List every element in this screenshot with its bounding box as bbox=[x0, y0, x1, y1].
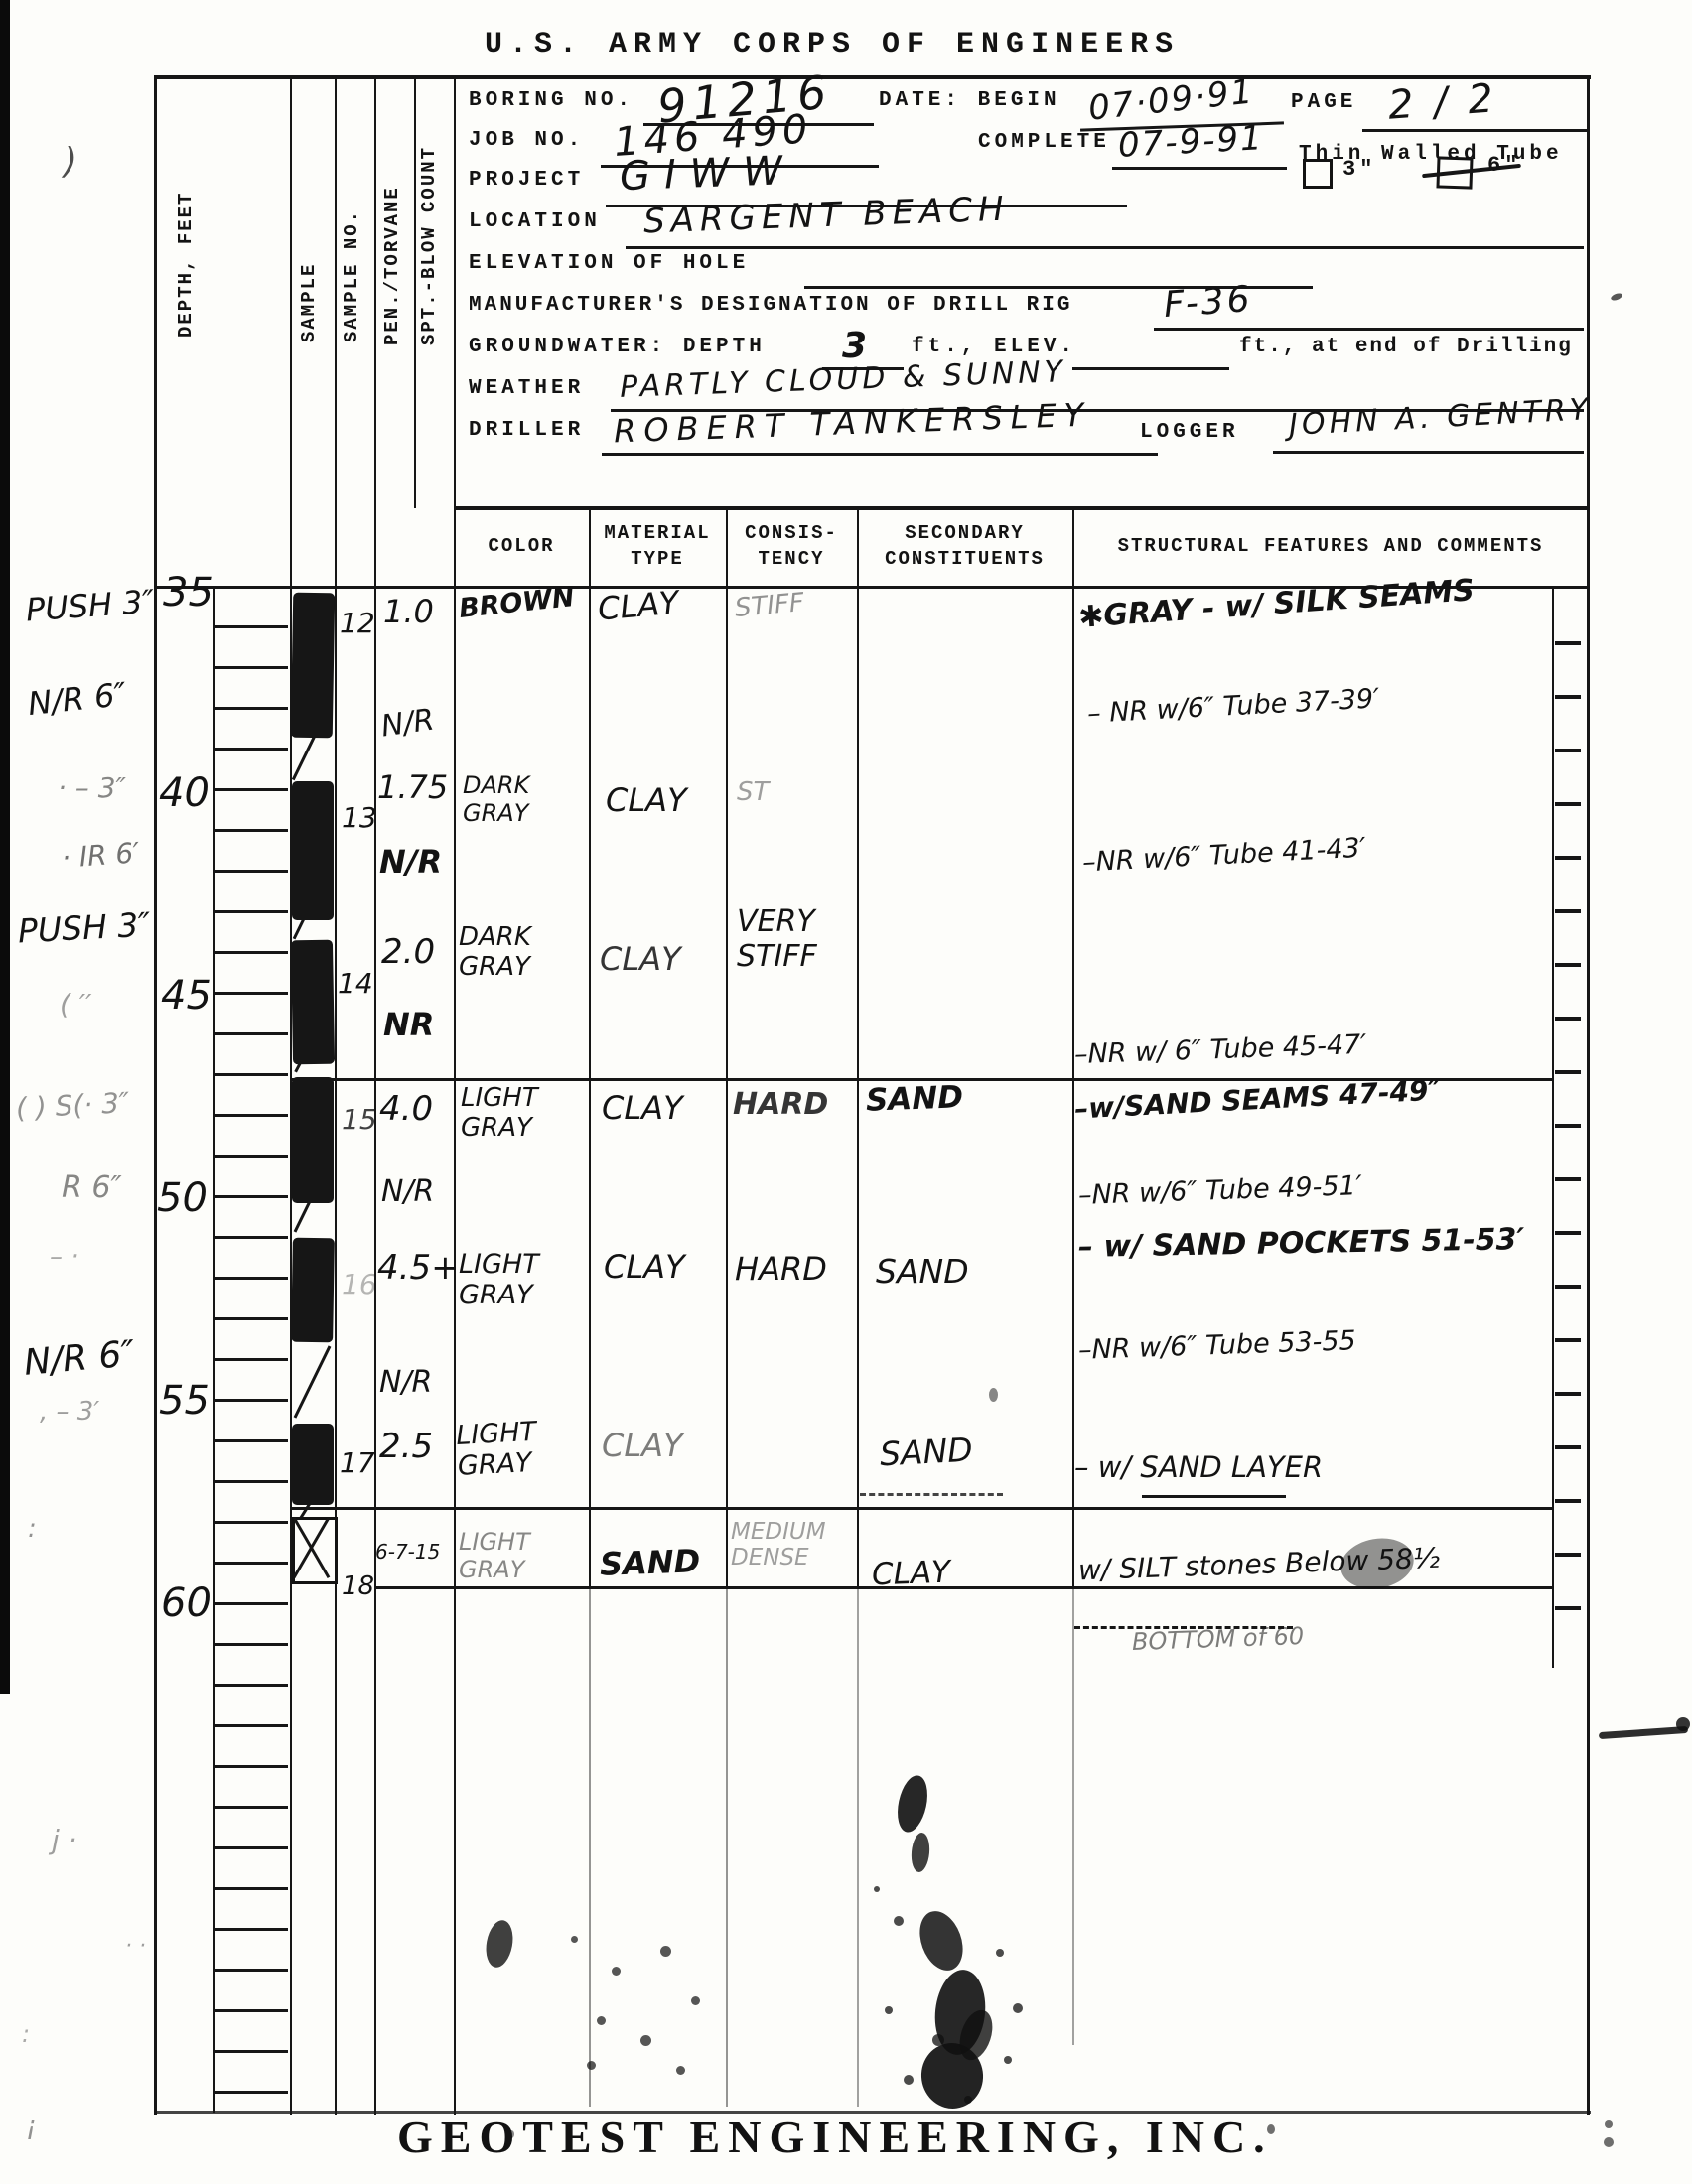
complete-label: COMPLETE bbox=[978, 131, 1110, 154]
scanned-boring-log-page: U.S. ARMY CORPS OF ENGINEERS DEPTH, FEET… bbox=[0, 0, 1692, 2184]
column-header-structural-features: STRUCTURAL FEATURES AND COMMENTS bbox=[1112, 508, 1549, 586]
line bbox=[335, 75, 337, 2115]
driller-label: DRILLER bbox=[469, 419, 584, 442]
sample-interval-mark bbox=[292, 1077, 334, 1203]
pen-value: N/R bbox=[379, 844, 442, 881]
comment: –NR w/6″ Tube 41-43′ bbox=[1081, 833, 1366, 879]
line bbox=[454, 75, 456, 2115]
ink-stain bbox=[989, 1388, 998, 1402]
sample-no: 17 bbox=[340, 1447, 375, 1479]
margin-mark: : bbox=[22, 2021, 30, 2049]
elevation-label: ELEVATION OF HOLE bbox=[469, 252, 749, 275]
rig-label: MANUFACTURER'S DESIGNATION OF DRILL RIG bbox=[469, 294, 1072, 317]
line bbox=[414, 75, 416, 508]
comment: –w/SAND SEAMS 47-49″ bbox=[1073, 1074, 1441, 1125]
consistency-cell: HARD bbox=[735, 1251, 827, 1288]
line bbox=[374, 75, 376, 2115]
sample-no: 12 bbox=[340, 608, 375, 639]
material-cell: SAND bbox=[599, 1543, 700, 1582]
secondary-cell: CLAY bbox=[871, 1556, 950, 1593]
line bbox=[1273, 451, 1584, 454]
comment: –NR w/ 6″ Tube 45-47′ bbox=[1074, 1029, 1367, 1070]
sample-no: 15 bbox=[342, 1104, 377, 1136]
sample-no: 16 bbox=[342, 1269, 377, 1300]
secondary-cell: SAND bbox=[876, 1253, 969, 1291]
sample-interval-mark bbox=[292, 1424, 334, 1505]
column-header-material-type: MATERIAL TYPE bbox=[591, 508, 724, 586]
groundwater-end-label: ft., at end of Drilling bbox=[1239, 336, 1573, 358]
line bbox=[290, 1507, 1552, 1510]
pen-value: 4.5+ bbox=[377, 1249, 460, 1288]
right-scale-ticks bbox=[1555, 592, 1581, 1642]
sample-no: 13 bbox=[342, 802, 377, 834]
line bbox=[1362, 129, 1587, 132]
boring-no-label: BORING NO. bbox=[469, 89, 634, 112]
pen-value: NR bbox=[383, 1007, 434, 1043]
location-value: SARGENT BEACH bbox=[642, 191, 1010, 242]
strip-label-spt-blow-count: SPT.-BLOW COUNT bbox=[418, 139, 440, 345]
line bbox=[1587, 75, 1590, 2115]
line bbox=[154, 75, 1591, 79]
pen-value: N/R bbox=[379, 1366, 432, 1401]
pen-value: 1.75 bbox=[377, 769, 448, 806]
groundwater-depth-value: 3 bbox=[842, 326, 867, 366]
color-cell: LIGHT GRAY bbox=[459, 1249, 570, 1310]
project-label: PROJECT bbox=[469, 169, 584, 192]
pen-value: 4.0 bbox=[379, 1090, 433, 1129]
strip-label-sample-no: SAMPLE NO. bbox=[341, 204, 362, 342]
column-header-secondary-constituents: SECONDARY CONSTITUENTS bbox=[859, 508, 1070, 586]
line bbox=[589, 1588, 591, 2107]
line bbox=[1072, 367, 1229, 370]
job-no-label: JOB NO. bbox=[469, 129, 584, 152]
comment: – NR w/6″ Tube 37-39′ bbox=[1086, 683, 1380, 729]
sample-interval-mark bbox=[291, 940, 335, 1065]
page-title: U.S. ARMY CORPS OF ENGINEERS bbox=[485, 28, 1180, 62]
ink-speckles bbox=[571, 1936, 578, 1943]
margin-note: ‚ – 3′ bbox=[40, 1398, 99, 1428]
column-header-color: COLOR bbox=[456, 508, 587, 586]
margin-note: ( ) S(· 3″ bbox=[15, 1087, 130, 1125]
comment: – w/ SAND POCKETS 51-53′ bbox=[1078, 1223, 1525, 1265]
line bbox=[857, 506, 859, 1588]
margin-note: – · bbox=[50, 1243, 79, 1273]
depth-mark: 50 bbox=[157, 1175, 208, 1221]
ink-speckles bbox=[874, 1886, 880, 1892]
line bbox=[1112, 167, 1287, 170]
margin-note: · – 3″ bbox=[58, 772, 126, 804]
strip-label-sample: SAMPLE bbox=[298, 243, 320, 342]
consistency-cell: MEDIUM DENSE bbox=[731, 1519, 855, 1571]
line bbox=[154, 75, 157, 2115]
sample-interval-mark bbox=[291, 593, 336, 739]
tube-3in-checkbox bbox=[1303, 159, 1333, 189]
margin-mark: : bbox=[28, 1515, 37, 1545]
sample-no: 14 bbox=[338, 968, 373, 1000]
strip-label-depth-feet: DEPTH, FEET bbox=[175, 184, 197, 338]
line bbox=[726, 506, 728, 1588]
line bbox=[602, 453, 1158, 456]
material-cell: CLAY bbox=[602, 1090, 683, 1127]
tube-3in-label: 3″ bbox=[1342, 157, 1376, 182]
ink-stain bbox=[913, 1905, 971, 1977]
strip-label-pen-torvane: PEN./TORVANE bbox=[381, 167, 403, 345]
depth-mark: 55 bbox=[159, 1378, 210, 1424]
groundwater-label: GROUNDWATER: DEPTH bbox=[469, 336, 766, 358]
sample-no: 18 bbox=[342, 1572, 374, 1602]
comment: –NR w/6″ Tube 49-51′ bbox=[1078, 1170, 1363, 1211]
thin-walled-tube-label: Thin Walled Tube bbox=[1299, 143, 1563, 166]
material-cell: CLAY bbox=[597, 585, 681, 628]
material-cell: CLAY bbox=[604, 1249, 685, 1286]
weather-label: WEATHER bbox=[469, 377, 584, 400]
stray-dash-mark bbox=[1599, 1726, 1688, 1739]
line bbox=[589, 506, 591, 1588]
color-cell: DARK GRAY bbox=[463, 772, 562, 827]
ink-stain bbox=[1676, 1717, 1690, 1731]
color-cell: LIGHT GRAY bbox=[461, 1084, 570, 1144]
logger-label: LOGGER bbox=[1140, 421, 1239, 444]
secondary-cell: SAND bbox=[879, 1432, 973, 1474]
consistency-cell: STIFF bbox=[734, 589, 805, 624]
consistency-cell: ST bbox=[737, 778, 769, 808]
depth-mark: 35 bbox=[163, 570, 213, 615]
depth-mark: 45 bbox=[161, 973, 211, 1019]
ink-stain bbox=[1610, 292, 1622, 302]
pen-value: 2.0 bbox=[381, 933, 435, 972]
line bbox=[726, 1588, 728, 2107]
comment: – w/ SAND LAYER bbox=[1074, 1451, 1323, 1484]
depth-mark: 40 bbox=[159, 770, 210, 816]
line bbox=[626, 246, 1584, 249]
no-recovery-slash bbox=[294, 1345, 332, 1418]
location-label: LOCATION bbox=[469, 210, 601, 233]
ink-stain bbox=[910, 1832, 930, 1872]
line bbox=[1072, 1588, 1074, 2045]
margin-note: N/R 6″ bbox=[22, 1333, 136, 1384]
ink-stain bbox=[483, 1918, 516, 1970]
material-cell: CLAY bbox=[606, 782, 687, 819]
tube-6in-label: 6″ bbox=[1487, 153, 1521, 178]
pen-value: 2.5 bbox=[379, 1428, 433, 1466]
project-value: GIWW bbox=[619, 148, 796, 200]
line bbox=[860, 1493, 1003, 1496]
ink-stain bbox=[1605, 2120, 1613, 2128]
consistency-cell: VERY STIFF bbox=[737, 905, 848, 974]
comment: –NR w/6″ Tube 53-55 bbox=[1078, 1325, 1357, 1366]
color-cell: DARK GRAY bbox=[459, 923, 563, 983]
margin-note: R 6″ bbox=[62, 1171, 122, 1206]
depth-mark: 60 bbox=[161, 1580, 211, 1626]
margin-note: N/R 6″ bbox=[26, 676, 128, 723]
material-cell: CLAY bbox=[600, 941, 681, 978]
ink-stain bbox=[893, 1773, 931, 1836]
pen-value: N/R bbox=[379, 703, 437, 745]
margin-mark: ¡ bbox=[26, 2113, 36, 2142]
pen-value: 1.0 bbox=[383, 594, 434, 630]
line bbox=[857, 1588, 859, 2107]
color-cell: LIGHT GRAY bbox=[459, 1529, 558, 1583]
sample-interval-mark bbox=[291, 1238, 335, 1343]
page-value: 2 / 2 bbox=[1387, 75, 1499, 129]
margin-mark: ) bbox=[64, 141, 77, 182]
consistency-cell: HARD bbox=[733, 1088, 828, 1123]
line bbox=[1142, 1495, 1286, 1498]
pen-value: 6-7-15 bbox=[375, 1541, 453, 1564]
scan-edge-bar bbox=[0, 0, 10, 1694]
margin-note: PUSH 3″ bbox=[17, 906, 151, 951]
line bbox=[1552, 586, 1554, 1668]
driller-value: ROBERT TANKERSLEY bbox=[614, 397, 1092, 451]
rig-value: F-36 bbox=[1163, 279, 1254, 327]
logger-value: JOHN A. GENTRY bbox=[1288, 393, 1593, 443]
pen-value: N/R bbox=[381, 1175, 434, 1210]
margin-mark: · · bbox=[125, 1934, 146, 1959]
margin-note: PUSH 3″ bbox=[25, 584, 156, 629]
line bbox=[1154, 328, 1584, 331]
column-header-consistency: CONSIS- TENCY bbox=[728, 508, 855, 586]
company-footer: GEOTEST ENGINEERING, INC. bbox=[397, 2111, 1273, 2163]
margin-mark: j · bbox=[52, 1825, 77, 1856]
margin-note: · IR 6′ bbox=[61, 837, 141, 875]
complete-value: 07-9-91 bbox=[1117, 119, 1265, 166]
date-begin-label: DATE: BEGIN bbox=[879, 89, 1060, 112]
depth-ruler-ladder bbox=[215, 588, 288, 2105]
secondary-cell: SAND bbox=[865, 1080, 963, 1119]
margin-note: ( ′′ bbox=[60, 989, 92, 1021]
page-label: PAGE bbox=[1291, 91, 1356, 114]
comment: BOTTOM of 60 bbox=[1132, 1623, 1305, 1657]
material-cell: CLAY bbox=[602, 1428, 683, 1464]
color-cell: LIGHT GRAY bbox=[455, 1415, 569, 1482]
